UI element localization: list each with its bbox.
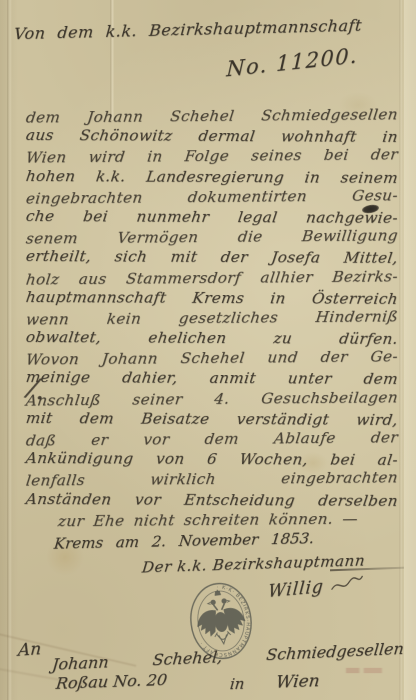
body-line: mit dem Beisatze verständigt wird, [25, 408, 400, 430]
paper-edge-right [404, 0, 416, 700]
body-line: che bei nunmehr legal nachgewie- [25, 206, 400, 228]
body-line: hauptmannschaft Krems in Österreich [25, 287, 400, 309]
body-text: dem Johann Schehel Schmiedgesellen aus S… [26, 106, 400, 530]
body-line: eingebrachten dokumentirten Gesu- [25, 185, 399, 208]
body-line: wenn kein gesetzliches Hinderniß [25, 306, 399, 329]
address-street: Roßau No. 20 [55, 670, 168, 693]
body-line: holz aus Stammersdorf allhier Bezirks- [25, 266, 399, 289]
signoff-line: Der k.k. Bezirkshauptmann [141, 551, 366, 576]
body-line: ertheilt, sich mit der Josefa Mittel, [25, 246, 400, 268]
address-prefix: An [17, 639, 42, 661]
header-line: Von dem k.k. Bezirkshauptmannschaft [13, 16, 362, 44]
body-line: lenfalls wirklich eingebrachten [25, 468, 399, 491]
paper-crease-top-center [110, 0, 114, 120]
address-city: Wien [275, 671, 321, 693]
body-line: Anständen vor Entscheidung derselben [25, 489, 400, 511]
faint-pencil-mark [344, 663, 392, 678]
address-connector: in [229, 675, 245, 694]
manuscript-page: Von dem k.k. Bezirkshauptmannschaft No. … [0, 0, 416, 700]
signature: Willig [267, 573, 365, 603]
body-line: Anschluß seiner 4. Gesuchsbeilagen [25, 387, 399, 410]
body-line: daß er vor dem Ablaufe der [25, 427, 399, 450]
body-line: zur Ehe nicht schreiten können. — [57, 508, 359, 531]
body-line: Wien wird in Folge seines bei der [25, 145, 399, 168]
body-line: meinige dahier, anmit unter dem [25, 367, 400, 389]
body-line: dem Johann Schehel Schmiedgesellen [25, 104, 399, 127]
signature-paraph-icon [329, 573, 365, 596]
document-number: No. 11200. [226, 42, 368, 81]
body-line: hohen k.k. Landesregierung in seinem [25, 166, 400, 188]
signature-name: Willig [267, 577, 324, 602]
paper-crease-left [7, 0, 12, 700]
dateline: Krems am 2. November 1853. [53, 529, 315, 552]
